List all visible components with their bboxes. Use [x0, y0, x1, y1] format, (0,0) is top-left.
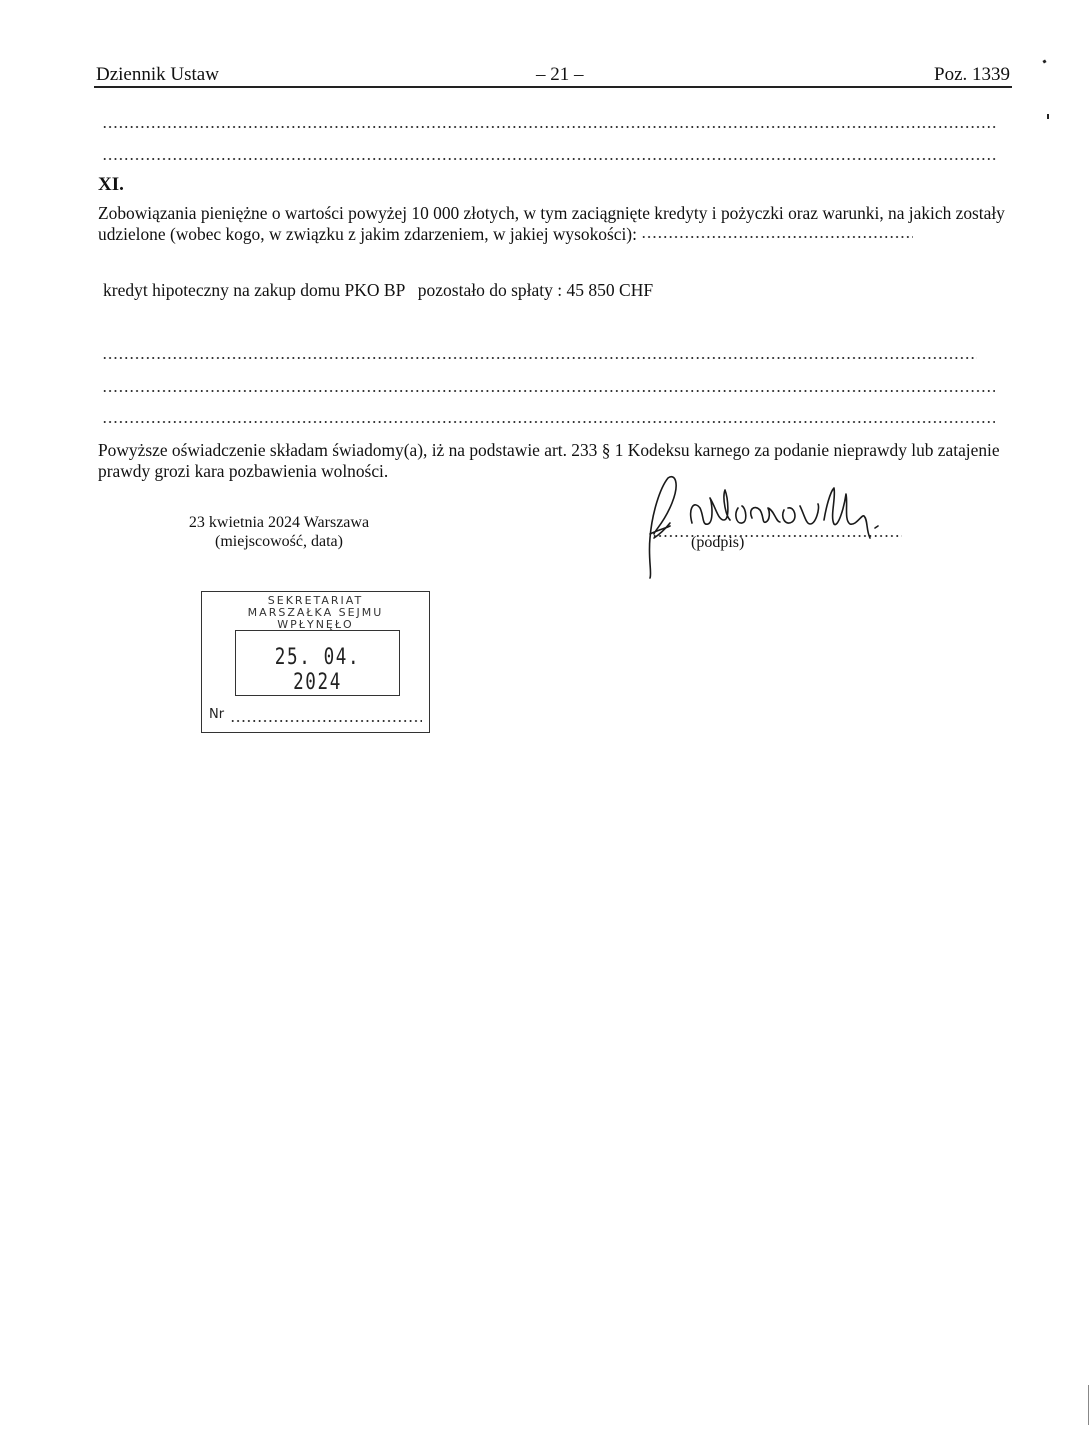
dotted-line: [102, 419, 995, 425]
page-number: – 21 –: [536, 64, 584, 86]
scan-edge-line: [1088, 1385, 1089, 1425]
stamp-date-box: 25. 04. 2024: [235, 630, 400, 696]
handwritten-signature: [630, 468, 920, 583]
dotted-line: [102, 156, 997, 162]
section-number: XI.: [98, 174, 124, 196]
stamp-nr-label: Nr: [209, 707, 224, 722]
stamp-nr-line: [230, 718, 422, 723]
stamp-date: 25. 04. 2024: [252, 645, 382, 695]
scan-artifact: [1047, 114, 1049, 119]
liability-entry: kredyt hipoteczny na zakup domu PKO BP p…: [103, 280, 653, 301]
dotted-line: [102, 388, 995, 394]
receipt-stamp: SEKRETARIAT MARSZAŁKA SEJMU WPŁYNĘŁO 25.…: [201, 591, 430, 733]
header-rule: [94, 86, 1012, 88]
journal-title: Dziennik Ustaw: [96, 64, 219, 86]
scan-artifact: [1042, 59, 1046, 63]
place-date-value: 23 kwietnia 2024 Warszawa: [164, 513, 394, 532]
section-prompt: Zobowiązania pieniężne o wartości powyże…: [98, 203, 1013, 245]
place-date: 23 kwietnia 2024 Warszawa (miejscowość, …: [164, 513, 394, 551]
dotted-line: [102, 355, 977, 361]
dotted-fill: [641, 235, 913, 240]
dotted-line: [102, 124, 997, 130]
position-number: Poz. 1339: [934, 64, 1010, 86]
place-date-label: (miejscowość, data): [164, 532, 394, 551]
